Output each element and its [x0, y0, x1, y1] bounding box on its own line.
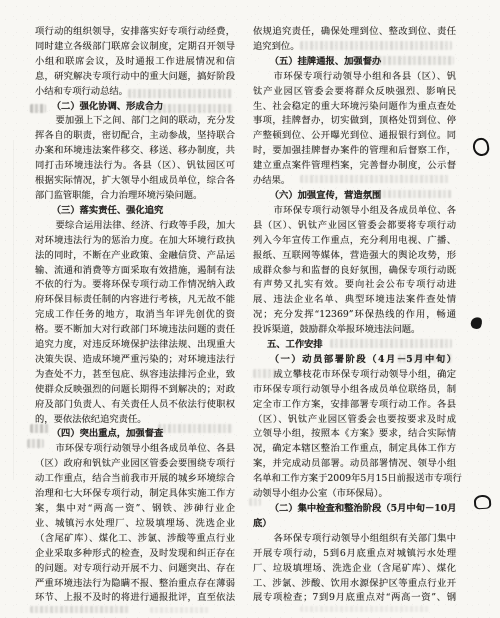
text-line: 定全市工作方案，安排部署专项行动工作。各县: [253, 398, 456, 413]
scan-smudge: [398, 354, 453, 363]
scan-smudge: [330, 339, 452, 348]
text-line: 府及部门负责人、有关责任人员不依法行使职权: [35, 398, 235, 413]
text-line: 案，集中对“两高一资”、钢铁、涉砷行业企: [35, 502, 235, 517]
text-line: 投诉渠道，鼓励群众举报环境违法问题。: [253, 323, 456, 338]
scan-smudge: [300, 41, 452, 50]
text-line: 不依的行为。要将环保专项行动工作情况纳入政: [35, 278, 235, 293]
heading-line: （二）集中检查和整治阶段（5月中旬－10月: [253, 502, 456, 517]
text-line: 输、流通和消费等方面采取有效措施，遏制有法: [35, 264, 235, 279]
text-column-right: 依规追究责任，确保处理到位、整改到位、责任追究到位。（五）挂牌通报、加强督办市环…: [253, 25, 456, 606]
text-line: 动工作重点，结合当前我市开展的城乡环境综合: [35, 472, 235, 487]
text-line: 成立攀枝花市环保专项行动领导小组，确定: [253, 368, 456, 383]
text-line: 钛产业园区管委会要将群众反映强烈、影响民: [253, 85, 456, 100]
text-line: 市环保专项行动领导小组及各成员单位、各: [253, 204, 456, 219]
text-line: 严重环境违法行为隐瞒不报、整治重点存在薄弱: [35, 577, 235, 592]
text-line: 市环保专项行动领导小组各成员单位、各县: [35, 442, 235, 457]
text-line: 动领导小组办公室（市环保局）。: [253, 487, 456, 502]
scan-fold-line: [13, 140, 14, 480]
heading-line: （三）落实责任、强化追究: [35, 204, 235, 219]
text-line: 的问题。对专项行动开展不力、问题突出、存在: [35, 562, 235, 577]
text-line: 治理和七大环保专项行动，制定具体实施工作方: [35, 487, 235, 502]
scan-smudge: [300, 175, 450, 183]
text-line: 有声势又扎实有效。要向社会公布专项行动进: [253, 278, 456, 293]
text-line: 法的同时，不断在产业政策、金融信贷、产品运: [35, 249, 235, 264]
text-line: 生、社会稳定的重大环境污染问题作为重点查处: [253, 100, 456, 115]
text-line: 企业采取多种形式的检查，及时发现和纠正存在: [35, 547, 235, 562]
text-line: 府环保目标责任制的内容进行考核，凡无故不能: [35, 293, 235, 308]
text-line: 对环境违法行为的惩治力度。在加大环境行政执: [35, 234, 235, 249]
text-line: 况，确定本辖区整治工作重点，制定具体工作方: [253, 442, 456, 457]
text-line: 根据实际情况，扩大领导小组成员单位，综合各: [35, 174, 235, 189]
text-line: 市环保专项行动领导小组和各县（区）、钒: [253, 70, 456, 85]
text-line: 市环保专项行动领导小组各成员单位联络员，制: [253, 383, 456, 398]
heading-line: 底）: [253, 517, 456, 532]
scan-smudge: [368, 56, 454, 65]
text-line: 业、城镇污水处理厂、垃圾填埋场、洗选企业: [35, 517, 235, 532]
text-line: 挥各自的职责，密切配合，主动参战，坚持联合: [35, 129, 235, 144]
text-line: 案，并完成动员部署。动员部署情况、领导小组: [253, 457, 456, 472]
text-line: 部门监管职能，合力治理环境污染问题。: [35, 189, 235, 204]
text-line: 事项，挂牌督办，切实做到，顶格处罚到位、停: [253, 114, 456, 129]
scan-smudge: [150, 607, 210, 613]
text-line: 追究力度，对违反环境保护法律法规、出现重大: [35, 338, 235, 353]
text-line: （区）、钒钛产业园区管委会也要按要求及时成: [253, 413, 456, 428]
scan-smudge: [30, 606, 130, 613]
text-line: 名单和工作方案于2009年5月15日前报送市专项行: [253, 472, 456, 487]
text-line: 开展专项行动，5到6月底重点对城镇污水处理: [253, 547, 456, 562]
text-line: 环节、上报不及时的将进行通报批评，直至依法: [35, 591, 235, 606]
scan-smudge: [378, 190, 452, 198]
text-line: 办案和环境违法案件移交、移送、移办制度，共: [35, 144, 235, 159]
text-line: 况；充分发挥“12369”环保热线的作用，畅通: [253, 308, 456, 323]
scan-smudge: [30, 104, 46, 113]
text-line: 息，研究解决专项行动中的重大问题，搞好阶段: [35, 70, 235, 85]
scanned-document-page: 项行动的组织领导，安排落实好专项行动经费，同时建立各级部门联席会议制度，定期召开…: [0, 0, 500, 618]
text-line: 要综合运用法律、经济、行政等手段，加大: [35, 219, 235, 234]
text-line: 为查处不力，甚至包庇、纵容违法排污企业，致: [35, 368, 235, 383]
text-line: 展、违法企业名单、典型环境违法案件查处情: [253, 293, 456, 308]
ink-blot: [474, 494, 492, 509]
scan-smudge: [30, 424, 50, 433]
text-line: 项行动的组织领导，安排落实好专项行动经费，: [35, 25, 235, 40]
text-line: 报纸、互联网等媒体，营造强大的舆论攻势，形: [253, 249, 456, 264]
text-line: 县（区）、钒钛产业园区管委会都要将专项行动: [253, 219, 456, 234]
text-line: 产整顿到位、公开曝光到位、通报银行到位。同: [253, 129, 456, 144]
text-line: （含尾矿库）、煤化工、涉氯、涉酸等重点行业: [35, 532, 235, 547]
text-line: 工、涉氯、涉酸、饮用水源保护区等重点行业开: [253, 577, 456, 592]
text-line: 成群众参与和监督的良好氛围，确保专项行动既: [253, 264, 456, 279]
scan-smudge: [27, 439, 44, 448]
text-line: 时，要加强挂牌督办案件的管理和后督察工作，: [253, 144, 456, 159]
ink-blot: [469, 315, 484, 330]
ink-blot: [472, 137, 491, 158]
scan-smudge: [253, 369, 279, 378]
scan-smudge: [249, 498, 261, 506]
text-line: 依规追究责任，确保处理到位、整改到位、责任: [253, 25, 456, 40]
text-line: 要加强上下之间、部门之间的联动，充分发: [35, 114, 235, 129]
text-line: 同时建立各级部门联席会议制度，定期召开领导: [35, 40, 235, 55]
text-line: 完成工作任务的地方，取消当年评先创优的资: [35, 308, 235, 323]
text-line: 决策失误、造成环境严重污染的；对环境违法行: [35, 353, 235, 368]
text-line: （区）政府和钒钛产业园区管委会要围绕专项行: [35, 457, 235, 472]
scan-smudge: [148, 104, 233, 113]
scan-smudge: [128, 89, 232, 98]
text-line: 厂、垃圾填埋场、洗选企业（含尾矿库）、煤化: [253, 562, 456, 577]
text-line: 使群众反映强烈的问题长期得不到解决的；对政: [35, 383, 235, 398]
text-line: 立领导小组，按照本《方案》要求，结合实际情: [253, 427, 456, 442]
text-line: 列入今年宣传工作重点，充分利用电视、广播、: [253, 234, 456, 249]
text-line: 展专项检查；7到9月底重点对“两高一资”、钢: [253, 591, 456, 606]
text-line: 小组和联席会议，及时通报工作进展情况和信: [35, 55, 235, 70]
scan-smudge: [158, 424, 233, 433]
text-line: 各环保专项行动领导小组组织有关部门集中: [253, 532, 456, 547]
text-line: 同打击环境违法行为。各县（区）、钒钛园区可: [35, 159, 235, 174]
scan-smudge: [300, 606, 430, 612]
text-line: 建立重点案件管理档案，完善督办制度，公示督: [253, 159, 456, 174]
text-line: 格。要不断加大对行政部门环境违法问题的责任: [35, 323, 235, 338]
